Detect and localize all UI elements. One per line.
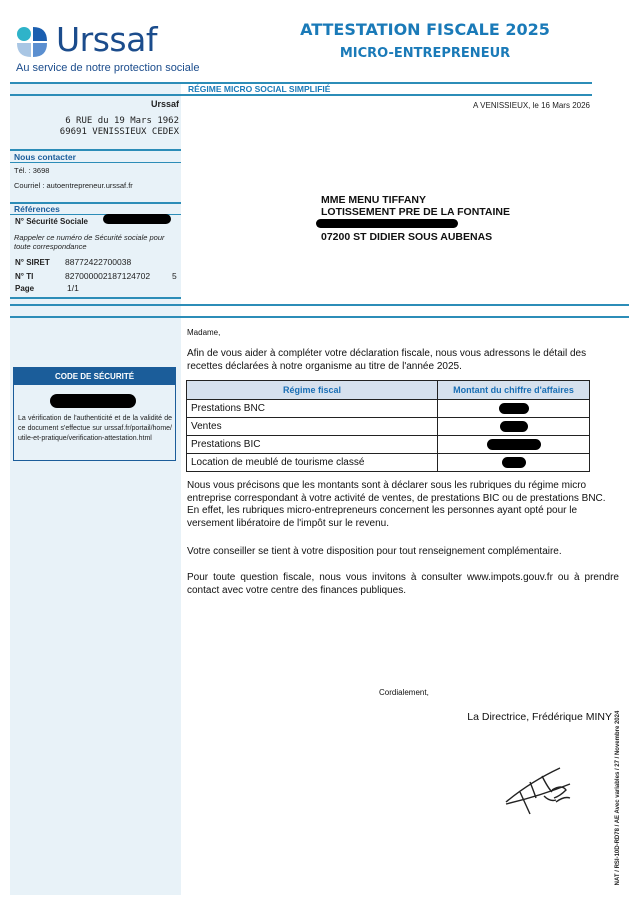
- ti-value: 827000002187124702: [65, 271, 150, 281]
- page-label: Page: [15, 284, 34, 293]
- amount-redaction: [502, 457, 526, 468]
- urssaf-logo-icon: [16, 26, 48, 58]
- recipient-address-line: LOTISSEMENT PRE DE LA FONTAINE: [321, 206, 510, 218]
- urssaf-logo: Urssaf Au service de notre protection so…: [14, 24, 184, 76]
- contact-email[interactable]: Courriel : autoentrepreneur.urssaf.fr: [14, 181, 133, 190]
- section-divider: [10, 297, 181, 299]
- regime-label: RÉGIME MICRO SOCIAL SIMPLIFIÉ: [188, 84, 330, 94]
- section-divider: [10, 162, 181, 163]
- social-security-note: Rappeler ce numéro de Sécurité sociale p…: [14, 233, 174, 251]
- contact-phone: Tél. : 3698: [14, 166, 49, 175]
- document-reference-code: NAT / RSI-10D-RD78 / AE Avec variables /…: [612, 700, 624, 895]
- declaration-paragraph: Nous vous précisons que les montants son…: [187, 480, 619, 530]
- sender-address-line: 6 RUE du 19 Mars 1962: [10, 116, 179, 126]
- body-rule-bottom: [10, 316, 629, 318]
- column-header-regime: Régime fiscal: [187, 381, 438, 400]
- table-row: Location de meublé de tourisme classé: [187, 454, 590, 472]
- document-subtitle: MICRO-ENTREPRENEUR: [260, 46, 590, 61]
- signature-icon: [500, 762, 590, 822]
- section-divider: [10, 149, 181, 151]
- place-and-date: A VENISSIEUX, le 16 Mars 2026: [390, 101, 590, 110]
- amount-redaction: [500, 421, 528, 432]
- ti-label: N° TI: [15, 272, 33, 281]
- table-row: Ventes: [187, 418, 590, 436]
- social-security-label: N° Sécurité Sociale: [15, 217, 88, 226]
- intro-paragraph: Afin de vous aider à compléter votre déc…: [187, 348, 619, 373]
- contact-heading: Nous contacter: [14, 152, 76, 162]
- references-heading: Références: [14, 204, 60, 214]
- siret-label: N° SIRET: [15, 258, 50, 267]
- regime-cell: Location de meublé de tourisme classé: [187, 454, 438, 472]
- siret-value: 88772422700038: [65, 257, 131, 267]
- declaration-sentence: En effet, les rubriques micro-entreprene…: [187, 505, 619, 530]
- salutation: Madame,: [187, 327, 619, 340]
- security-code-heading: CODE DE SÉCURITÉ: [14, 368, 175, 385]
- regime-cell: Prestations BIC: [187, 436, 438, 454]
- security-code-box: CODE DE SÉCURITÉ La vérification de l'au…: [13, 367, 176, 461]
- table-row: Prestations BNC: [187, 400, 590, 418]
- document-title: ATTESTATION FISCALE 2025: [260, 20, 590, 39]
- amount-cell: [438, 400, 590, 418]
- urssaf-tagline: Au service de notre protection sociale: [16, 62, 199, 74]
- amount-redaction: [499, 403, 529, 414]
- table-row: Prestations BIC: [187, 436, 590, 454]
- sender-address-line: 69691 VENISSIEUX CEDEX: [10, 127, 179, 137]
- recipient-name: MME MENU TIFFANY: [321, 194, 426, 206]
- page-number: 1/1: [67, 283, 79, 293]
- body-rule-top: [10, 304, 629, 306]
- signatory: La Directrice, Frédérique MINY: [430, 711, 612, 723]
- amount-cell: [438, 454, 590, 472]
- header-rule-bottom: [10, 94, 592, 96]
- regime-cell: Ventes: [187, 418, 438, 436]
- column-header-amount: Montant du chiffre d'affaires: [438, 381, 590, 400]
- declaration-sentence: Nous vous précisons que les montants son…: [187, 480, 619, 505]
- urssaf-wordmark: Urssaf: [56, 20, 157, 59]
- security-code-redaction: [50, 394, 136, 408]
- document-reference-text: NAT / RSI-10D-RD78 / AE Avec variables /…: [615, 710, 621, 885]
- social-security-redaction: [103, 214, 171, 224]
- table-header-row: Régime fiscal Montant du chiffre d'affai…: [187, 381, 590, 400]
- revenue-table: Régime fiscal Montant du chiffre d'affai…: [186, 380, 590, 472]
- ti-key: 5: [172, 271, 177, 281]
- tax-question-paragraph: Pour toute question fiscale, nous vous i…: [187, 572, 619, 597]
- closing-greeting: Cordialement,: [379, 688, 429, 697]
- security-code-instructions: La vérification de l'authenticité et de …: [18, 414, 172, 444]
- recipient-city: 07200 ST DIDIER SOUS AUBENAS: [321, 231, 492, 243]
- regime-cell: Prestations BNC: [187, 400, 438, 418]
- advisor-paragraph: Votre conseiller se tient à votre dispos…: [187, 546, 619, 559]
- sender-name: Urssaf: [10, 99, 179, 109]
- amount-cell: [438, 418, 590, 436]
- amount-redaction: [487, 439, 541, 450]
- amount-cell: [438, 436, 590, 454]
- recipient-address-redaction: [316, 219, 458, 228]
